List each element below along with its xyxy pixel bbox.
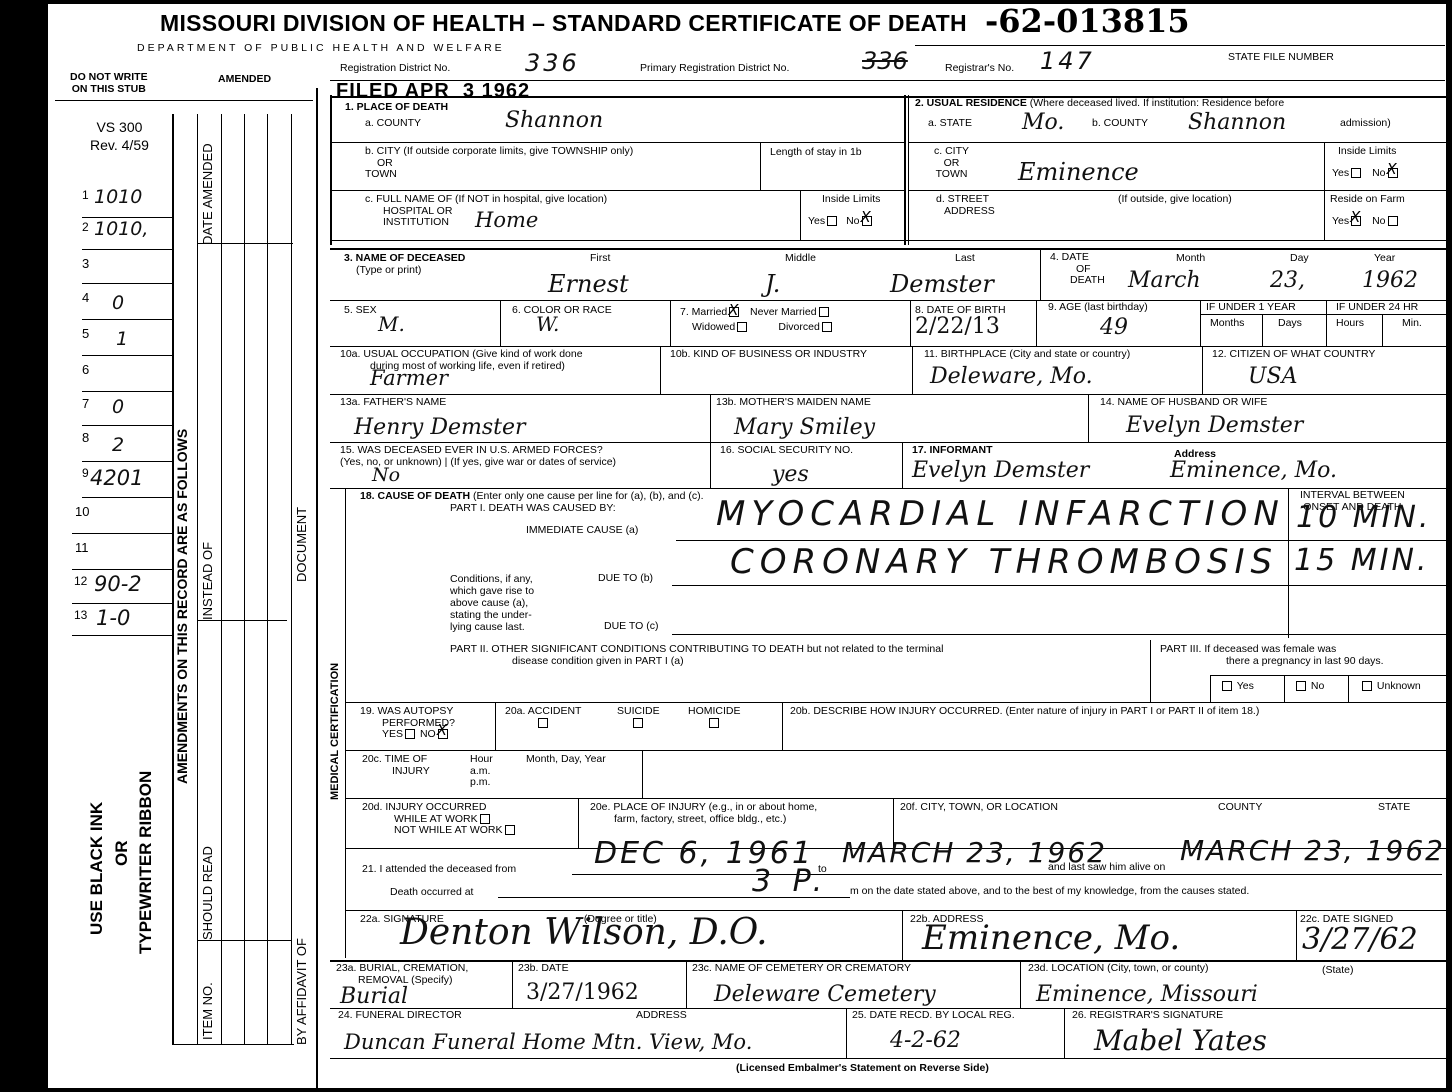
registrar-no-value: 147: [1040, 47, 1095, 75]
informant-label: 17. INFORMANT: [912, 445, 993, 457]
pregnancy-unknown-checkbox[interactable]: [1362, 681, 1372, 691]
part3-label: PART III. If deceased was female wasther…: [1160, 644, 1384, 667]
injury-occurred-label: 20d. INJURY OCCURREDWHILE AT WORKNOT WHI…: [362, 802, 517, 837]
death-occurred-label: Death occurred at: [390, 887, 473, 899]
pod-inside-no-checkbox[interactable]: [862, 216, 872, 226]
stub-code-row: 11010: [82, 188, 172, 218]
pregnancy-no-checkbox[interactable]: [1296, 681, 1306, 691]
residence-farm-options: Yes No: [1332, 216, 1400, 228]
scan-border-top: [0, 0, 1452, 4]
part1-label: PART I. DEATH WAS CAUSED BY:: [450, 503, 616, 515]
interval-b-value: 15 MIN.: [1294, 543, 1429, 578]
place-of-injury-label: 20e. PLACE OF INJURY (e.g., in or about …: [590, 802, 817, 825]
accident-checkbox[interactable]: [538, 718, 548, 728]
homicide-label: HOMICIDE: [688, 706, 741, 729]
stub-code-row: 3: [82, 254, 172, 284]
dod-day-value: 23,: [1270, 268, 1305, 293]
stub-code-row: 82: [82, 428, 172, 462]
residence-street-label: d. STREETADDRESS: [936, 194, 995, 217]
months-label: Months: [1210, 318, 1244, 330]
ssn-value: yes: [772, 462, 809, 487]
immediate-cause-value: MYOCARDIAL INFARCTION: [716, 494, 1285, 534]
part3-unknown: Unknown: [1360, 681, 1421, 693]
by-affidavit-label: BY AFFIDAVIT OF: [294, 938, 309, 1045]
business-label: 10b. KIND OF BUSINESS OR INDUSTRY: [670, 349, 867, 361]
registrar-signature: Mabel Yates: [1094, 1024, 1267, 1057]
last-name-value: Demster: [890, 270, 994, 298]
place-of-death-label: 1. PLACE OF DEATH: [345, 102, 448, 114]
pod-county-label: a. COUNTY: [365, 118, 421, 130]
location-state-label: (State): [1322, 965, 1354, 977]
scan-border-bottom: [0, 1088, 1452, 1092]
injury-county-label: COUNTY: [1218, 802, 1262, 814]
embalmer-note: (Licensed Embalmer's Statement on Revers…: [736, 1063, 989, 1075]
father-label: 13a. FATHER'S NAME: [340, 397, 446, 409]
divorced-checkbox[interactable]: [822, 322, 832, 332]
autopsy-no-checkbox[interactable]: [438, 729, 448, 739]
state-file-label: STATE FILE NUMBER: [1228, 52, 1334, 64]
residence-state-label: a. STATE: [928, 118, 972, 130]
last-name-label: Last: [955, 253, 975, 265]
instead-of-label: INSTEAD OF: [200, 542, 215, 620]
pod-inside-yes-checkbox[interactable]: [827, 216, 837, 226]
res-farm-yes-checkbox[interactable]: [1351, 216, 1361, 226]
location-label: 23d. LOCATION (City, town, or county): [1028, 963, 1209, 975]
middle-name-label: Middle: [785, 253, 816, 265]
pod-inside-limits-label: Inside Limits: [822, 194, 880, 206]
state-file-number: -62-013815: [985, 2, 1190, 40]
married-checkbox[interactable]: [729, 307, 739, 317]
do-not-write-label: DO NOT WRITEON THIS STUB: [70, 72, 148, 95]
last-saw-value: MARCH 23, 1962: [1180, 834, 1445, 867]
certificate-subtitle: DEPARTMENT OF PUBLIC HEALTH AND WELFARE: [137, 42, 505, 54]
armed-forces-value: No: [372, 464, 400, 486]
scan-border-right: [1446, 0, 1452, 1092]
citizen-value: USA: [1248, 364, 1298, 389]
part3-yes: Yes: [1220, 681, 1254, 693]
residence-inside-limits-options: Yes No: [1332, 168, 1400, 180]
stub-code-row: 21010,: [82, 220, 172, 250]
spouse-value: Evelyn Demster: [1126, 413, 1303, 438]
age-label: 9. AGE (last birthday): [1048, 302, 1148, 314]
part2-label: PART II. OTHER SIGNIFICANT CONDITIONS CO…: [450, 644, 943, 667]
recd-value: 4-2-62: [890, 1028, 961, 1053]
residence-city-label: c. CITYORTOWN: [934, 146, 969, 181]
physician-signature: Denton Wilson, D.O.: [400, 912, 768, 953]
citizen-label: 12. CITIZEN OF WHAT COUNTRY: [1212, 349, 1375, 361]
should-read-label: SHOULD READ: [200, 846, 215, 940]
stub-code-row: 51: [82, 324, 172, 356]
middle-name-value: J.: [765, 270, 780, 298]
residence-inside-limits-label: Inside Limits: [1338, 146, 1396, 158]
cemetery-value: Deleware Cemetery: [714, 982, 936, 1007]
due-to-c-label: DUE TO (c): [604, 621, 658, 633]
ink-instruction-2: OR: [112, 841, 132, 867]
under-1-year-label: IF UNDER 1 YEAR: [1206, 302, 1296, 314]
injury-city-label: 20f. CITY, TOWN, OR LOCATION: [900, 802, 1058, 814]
mother-value: Mary Smiley: [734, 415, 875, 440]
medical-certification-label: MEDICAL CERTIFICATION: [329, 663, 341, 800]
residence-admission: admission): [1340, 118, 1391, 130]
last-saw-label: and last saw him alive on: [1048, 862, 1165, 874]
dod-day-label: Day: [1290, 253, 1309, 265]
residence-county-value: Shannon: [1188, 110, 1286, 135]
filed-stamp: FILED APR 3 1962: [336, 80, 530, 103]
first-name-label: First: [590, 253, 610, 265]
reg-district-value: 336: [525, 49, 580, 77]
conditions-note: Conditions, if any,which gave rise toabo…: [450, 573, 534, 633]
director-address-label: ADDRESS: [636, 1010, 687, 1022]
suicide-label: SUICIDE: [617, 706, 660, 729]
not-while-at-work-checkbox[interactable]: [505, 825, 515, 835]
birthplace-value: Deleware, Mo.: [930, 364, 1093, 389]
certificate-title: MISSOURI DIVISION OF HEALTH – STANDARD C…: [160, 10, 967, 37]
informant-address-value: Eminence, Mo.: [1170, 458, 1337, 483]
due-to-b-label: DUE TO (b): [598, 573, 653, 585]
stub-code-row: 40: [82, 288, 172, 320]
stub-code-row: 1290-2: [72, 572, 172, 604]
residence-state-value: Mo.: [1022, 110, 1064, 135]
residence-city-value: Eminence: [1018, 158, 1139, 186]
birthplace-label: 11. BIRTHPLACE (City and state or countr…: [924, 349, 1130, 361]
name-deceased-label: 3. NAME OF DECEASED(Type or print): [344, 253, 465, 276]
ssn-label: 16. SOCIAL SECURITY NO.: [720, 445, 853, 457]
days-label: Days: [1278, 318, 1302, 330]
stub-code-row: 131-0: [72, 606, 172, 636]
stub-code-row: 6: [82, 360, 172, 392]
pod-inside-limits-options: Yes No: [808, 216, 874, 228]
res-inside-no-checkbox[interactable]: [1388, 168, 1398, 178]
funeral-director-label: 24. FUNERAL DIRECTOR: [338, 1010, 462, 1022]
suicide-checkbox[interactable]: [633, 718, 643, 728]
stub-code-row: 11: [72, 536, 172, 570]
burial-date-value: 3/27/1962: [526, 980, 639, 1005]
pod-length-stay-label: Length of stay in 1b: [770, 147, 862, 159]
attended-label: 21. I attended the deceased from: [362, 864, 516, 876]
item-no-label: ITEM NO.: [200, 982, 215, 1040]
stub-code-row: 70: [82, 394, 172, 426]
time-of-injury-label: 20c. TIME OFINJURY: [362, 754, 430, 777]
accident-label: 20a. ACCIDENT: [505, 706, 581, 729]
spouse-label: 14. NAME OF HUSBAND OR WIFE: [1100, 397, 1267, 409]
location-value: Eminence, Missouri: [1036, 982, 1258, 1007]
mother-label: 13b. MOTHER'S MAIDEN NAME: [716, 397, 871, 409]
primary-reg-district-value: 336: [862, 47, 908, 75]
interval-a-value: 10 MIN.: [1296, 500, 1431, 535]
date-signed-value: 3/27/62: [1302, 922, 1418, 957]
cemetery-label: 23c. NAME OF CEMETERY OR CREMATORY: [692, 963, 911, 975]
primary-reg-district-label: Primary Registration District No.: [640, 63, 789, 75]
hours-label: Hours: [1336, 318, 1364, 330]
amended-label: AMENDED: [218, 74, 271, 86]
homicide-checkbox[interactable]: [709, 718, 719, 728]
pod-city-label: b. CITY (If outside corporate limits, gi…: [365, 146, 633, 181]
widowed-checkbox[interactable]: [737, 322, 747, 332]
sex-value: M.: [378, 312, 405, 336]
residence-outside-label: (If outside, give location): [1118, 194, 1232, 206]
dod-month-label: Month: [1176, 253, 1205, 265]
due-to-b-value: CORONARY THROMBOSIS: [730, 542, 1278, 582]
stub-code-row: 10: [72, 500, 172, 534]
first-name-value: Ernest: [548, 270, 629, 298]
father-value: Henry Demster: [354, 415, 526, 440]
min-label: Min.: [1402, 318, 1422, 330]
race-value: W.: [536, 312, 559, 336]
autopsy-label: 19. WAS AUTOPSYPERFORMED?YES NO: [360, 706, 455, 741]
while-at-work-checkbox[interactable]: [480, 814, 490, 824]
reg-district-label: Registration District No.: [340, 63, 450, 75]
marital-status: 7. Married Never Married Widowed Divorce…: [680, 305, 834, 335]
res-farm-no-checkbox[interactable]: [1388, 216, 1398, 226]
funeral-director-value: Duncan Funeral Home Mtn. View, Mo.: [344, 1030, 752, 1054]
under-24-hr-label: IF UNDER 24 HR: [1336, 302, 1418, 314]
informant-value: Evelyn Demster: [912, 458, 1089, 483]
describe-injury-label: 20b. DESCRIBE HOW INJURY OCCURRED. (Ente…: [790, 706, 1259, 718]
pod-county-value: Shannon: [505, 108, 603, 133]
burial-label: 23a. BURIAL, CREMATION,REMOVAL (Specify): [336, 963, 468, 986]
dod-year-value: 1962: [1362, 268, 1418, 293]
registrar-no-label: Registrar's No.: [945, 63, 1014, 75]
dod-month-value: March: [1128, 268, 1201, 293]
residence-farm-label: Reside on Farm: [1330, 194, 1405, 206]
ink-instruction-3: TYPEWRITER RIBBON: [136, 771, 156, 954]
hour-ampm-label: Houra.m.p.m.: [470, 754, 493, 789]
never-married-checkbox[interactable]: [819, 307, 829, 317]
part3-no: No: [1294, 681, 1324, 693]
scan-border-left: [0, 0, 48, 1092]
death-tail-text: m on the date stated above, and to the b…: [850, 886, 1249, 898]
pod-hospital-value: Home: [475, 208, 538, 232]
amendments-label: AMENDMENTS ON THIS RECORD ARE AS FOLLOWS: [174, 429, 190, 784]
sex-label: 5. SEX: [344, 305, 377, 317]
date-amended-label: DATE AMENDED: [200, 143, 215, 245]
occupation-value: Farmer: [370, 366, 448, 390]
registrar-signature-label: 26. REGISTRAR'S SIGNATURE: [1072, 1010, 1223, 1022]
injury-state-label: STATE: [1378, 802, 1410, 814]
mdy-label: Month, Day, Year: [526, 754, 606, 766]
residence-county-label: b. COUNTY: [1092, 118, 1148, 130]
dod-label: 4. DATEOFDEATH: [1050, 252, 1105, 287]
autopsy-yes-checkbox[interactable]: [405, 729, 415, 739]
ink-instruction-1: USE BLACK INK: [87, 802, 107, 935]
race-label: 6. COLOR OR RACE: [512, 305, 612, 317]
cause-label: 18. CAUSE OF DEATH (Enter only one cause…: [360, 491, 704, 503]
age-value: 49: [1100, 315, 1128, 340]
immediate-label: IMMEDIATE CAUSE (a): [526, 525, 638, 537]
burial-date-label: 23b. DATE: [518, 963, 569, 975]
certifier-address-value: Eminence, Mo.: [922, 918, 1180, 958]
form-number: VS 300Rev. 4/59: [90, 118, 149, 154]
stub-code-row: 94201: [82, 464, 172, 498]
recd-label: 25. DATE RECD. BY LOCAL REG.: [852, 1010, 1015, 1022]
dob-value: 2/22/13: [915, 314, 1000, 339]
death-time-value: 3 P.: [752, 864, 828, 899]
res-inside-yes-checkbox[interactable]: [1351, 168, 1361, 178]
residence-label: 2. USUAL RESIDENCE 2. USUAL RESIDENCE (W…: [915, 98, 1284, 110]
burial-value: Burial: [340, 984, 408, 1009]
pregnancy-yes-checkbox[interactable]: [1222, 681, 1232, 691]
document-label: DOCUMENT: [294, 507, 309, 582]
dod-year-label: Year: [1374, 253, 1395, 265]
